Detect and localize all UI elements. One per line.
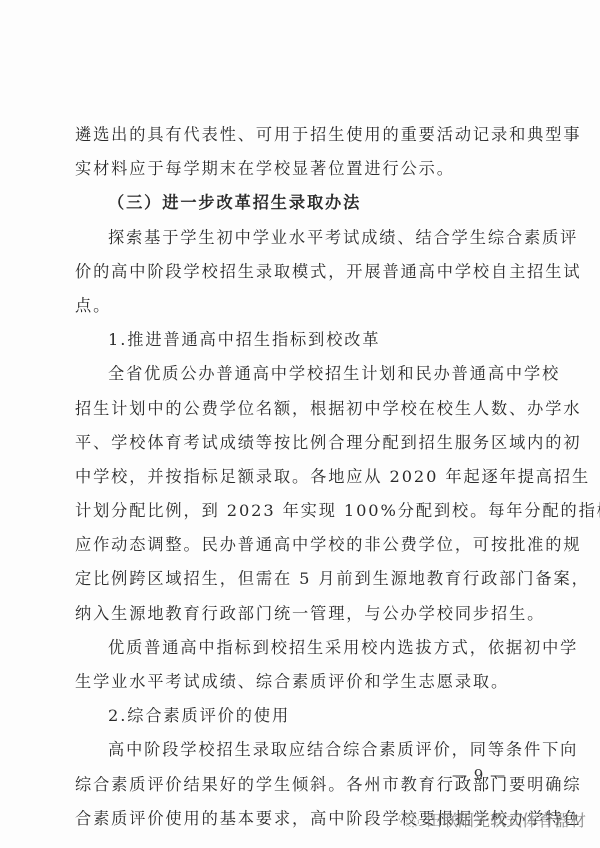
text-line: 纳入生源地教育行政部门统一管理，与公办学校同步招生。 — [75, 597, 535, 631]
watermark: 田联阳光软式体育器材 — [398, 808, 586, 831]
page-number: — 9 — — [452, 766, 506, 784]
text-line: 招生计划中的公费学位名额，根据初中学校在校生人数、办学水 — [75, 392, 535, 426]
text-line: 探索基于学生初中学业水平考试成绩、结合学生综合素质评 — [75, 221, 535, 255]
text-line: 全省优质公办普通高中学校招生计划和民办普通高中学校 — [75, 357, 535, 391]
text-line: 平、学校体育考试成绩等按比例合理分配到招生服务区域内的初 — [75, 426, 535, 460]
document-body: 遴选出的具有代表性、可用于招生使用的重要活动记录和典型事 实材料应于每学期末在学… — [75, 118, 535, 836]
watermark-text: 田联阳光软式体育器材 — [426, 808, 586, 831]
text-line: 应作动态调整。民办普通高中学校的非公费学位，可按批准的规 — [75, 528, 535, 562]
text-line: 生学业水平考试成绩、综合素质评价和学生志愿录取。 — [75, 665, 535, 699]
subsection-heading: 1.推进普通高中招生指标到校改革 — [75, 323, 535, 357]
text-line: 定比例跨区域招生，但需在 5 月前到生源地教育行政部门备案， — [75, 562, 535, 596]
text-line: 高中阶段学校招生录取应结合综合素质评价，同等条件下向 — [75, 733, 535, 767]
text-line: 点。 — [75, 289, 535, 323]
text-line: 计划分配比例，到 2023 年实现 100%分配到校。每年分配的指标 — [75, 494, 535, 528]
text-line: 遴选出的具有代表性、可用于招生使用的重要活动记录和典型事 — [75, 118, 535, 152]
subsection-heading: 2.综合素质评价的使用 — [75, 699, 535, 733]
text-line: 价的高中阶段学校招生录取模式，开展普通高中学校自主招生试 — [75, 255, 535, 289]
text-line: 优质普通高中指标到校招生采用校内选拔方式，依据初中学 — [75, 631, 535, 665]
section-heading: （三）进一步改革招生录取办法 — [75, 186, 535, 220]
text-line: 中学校，并按指标足额录取。各地应从 2020 年起逐年提高招生 — [75, 460, 535, 494]
text-line: 实材料应于每学期末在学校显著位置进行公示。 — [75, 152, 535, 186]
wechat-icon — [398, 811, 420, 829]
